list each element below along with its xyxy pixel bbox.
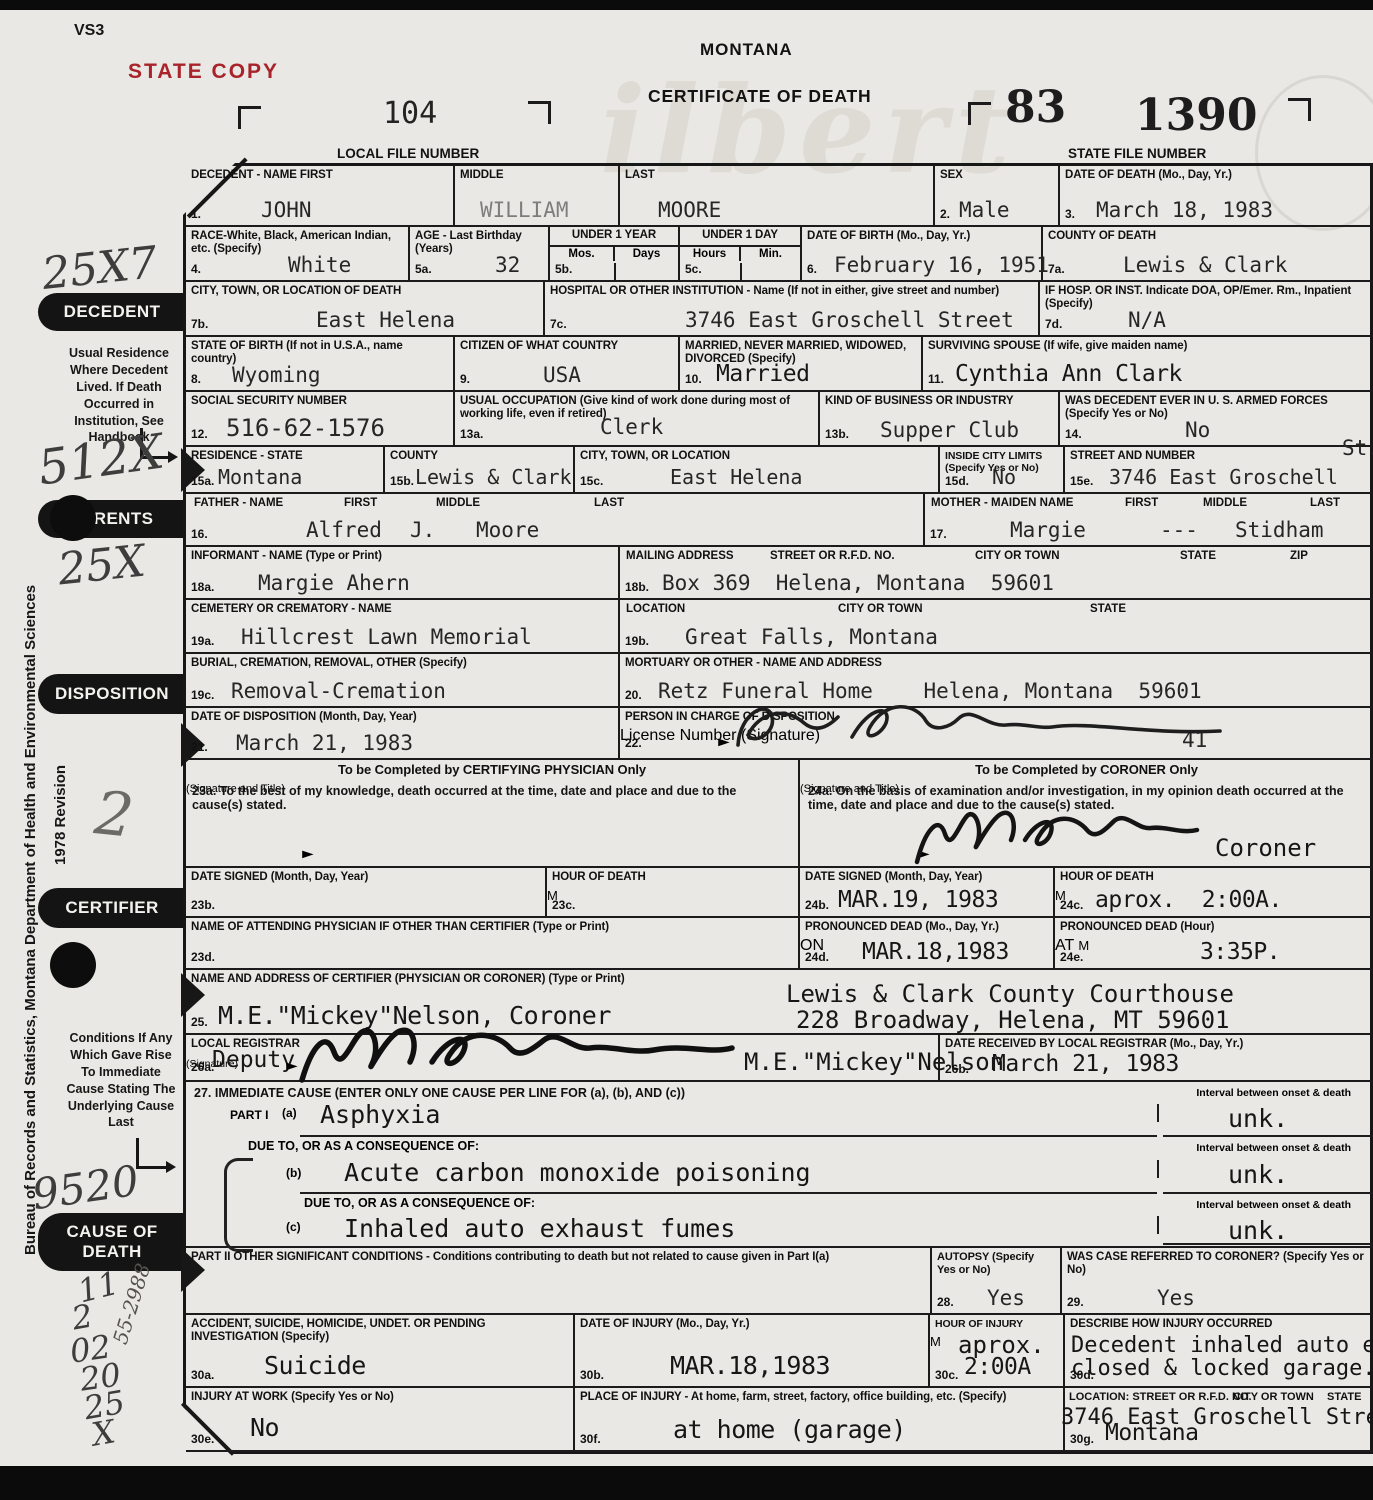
field-marital-status: MARRIED, NEVER MARRIED, WIDOWED, DIVORCE… xyxy=(680,337,923,392)
field-manner-of-death-30a: ACCIDENT, SUICIDE, HOMICIDE, UNDET. OR P… xyxy=(186,1315,575,1388)
field-residence-city: CITY, TOWN, OR LOCATION 15c. East Helena xyxy=(575,447,940,494)
field-business: KIND OF BUSINESS OR INDUSTRY 13b. Supper… xyxy=(820,392,1060,447)
field-street-number: STREET AND NUMBER 15e. 3746 East Grosche… xyxy=(1065,447,1373,494)
field-under-1-year: UNDER 1 YEAR Mos.Days 5b. xyxy=(550,227,680,282)
state-name: MONTANA xyxy=(700,40,793,60)
field-state-of-birth: STATE OF BIRTH (If not in U.S.A., name c… xyxy=(186,337,455,392)
cause-c-value: Inhaled auto exhaust fumes xyxy=(344,1214,735,1243)
injury-description-2: closed & locked garage. xyxy=(1071,1356,1373,1381)
agency-vertical-text: Bureau of Records and Statistics, Montan… xyxy=(22,390,39,1255)
signature-pointer-23: ▶ xyxy=(302,849,314,860)
interval-label-a: Interval between onset & death xyxy=(976,1087,1361,1099)
tab-disposition: DISPOSITION xyxy=(38,674,186,714)
field-pronounced-dead-date-24d: PRONOUNCED DEAD (Mo., Day, Yr.) 24d. ON … xyxy=(800,918,1055,970)
due-to-2: DUE TO, OR AS A CONSEQUENCE OF: xyxy=(304,1196,535,1210)
crop-mark-right xyxy=(528,101,551,124)
field-date-of-injury-30b: DATE OF INJURY (Mo., Day, Yr.) 30b. MAR.… xyxy=(575,1315,930,1388)
certifier-address-2: 228 Broadway, Helena, MT 59601 xyxy=(796,1006,1229,1034)
crop-mark-left-2 xyxy=(968,102,991,125)
crop-mark-left xyxy=(238,106,261,129)
state-file-prefix: 83 xyxy=(1005,82,1066,133)
cause-note-arrowhead xyxy=(166,1161,176,1173)
street-overflow-st: St. xyxy=(1342,436,1373,460)
field-mailing-address: MAILING ADDRESS STREET OR R.F.D. NO. CIT… xyxy=(620,547,1373,600)
signature-coroner xyxy=(905,800,1205,872)
field-cemetery-location: LOCATION CITY OR TOWN STATE 19b. Great F… xyxy=(620,600,1373,654)
form-code: VS3 xyxy=(74,22,104,40)
under1yr-months-label: Mos. xyxy=(550,247,615,261)
cause-b-underline xyxy=(300,1192,1157,1194)
field-informant: INFORMANT - NAME (Type or Print) 18a. Ma… xyxy=(186,547,620,600)
punch-hole-bottom xyxy=(50,942,96,988)
field-hour-of-injury-30c: HOUR OF INJURY aprox. 30c. 2:00A M xyxy=(930,1315,1065,1388)
field-race: RACE-White, Black, American Indian, etc.… xyxy=(186,227,410,282)
tab-cause-of-death: CAUSE OF DEATH xyxy=(38,1213,186,1271)
interval-a-value: unk. xyxy=(1228,1104,1288,1133)
local-file-number: 104 xyxy=(383,96,437,131)
state-copy-label: STATE COPY xyxy=(128,60,279,84)
cause-header: 27. IMMEDIATE CAUSE (ENTER ONLY ONE CAUS… xyxy=(194,1086,685,1100)
field-burial-type: BURIAL, CREMATION, REMOVAL, OTHER (Speci… xyxy=(186,654,620,708)
field-father-name: FATHER - NAME FIRST MIDDLE LAST 16. Alfr… xyxy=(186,494,925,547)
state-file-label: STATE FILE NUMBER xyxy=(1068,146,1206,161)
field-city-of-death: CITY, TOWN, OR LOCATION OF DEATH 7b. Eas… xyxy=(186,282,545,337)
field-pronounced-dead-hour-24e: PRONOUNCED DEAD (Hour) 24e. AT 3:35P. M xyxy=(1055,918,1373,970)
field-under-1-day: UNDER 1 DAY HoursMin. 5c. xyxy=(680,227,802,282)
cause-of-death-section: 27. IMMEDIATE CAUSE (ENTER ONLY ONE CAUS… xyxy=(186,1082,1373,1248)
handwritten-2: 2 xyxy=(91,778,136,852)
field-date-signed-23b: DATE SIGNED (Month, Day, Year) 23b. xyxy=(186,868,547,918)
cause-c-tag: (c) xyxy=(286,1220,301,1234)
due-to-1: DUE TO, OR AS A CONSEQUENCE OF: xyxy=(248,1139,479,1153)
interval-c-value: unk. xyxy=(1228,1216,1288,1245)
tab-decedent: DECEDENT xyxy=(38,293,186,331)
field-if-hospital: IF HOSP. OR INST. Indicate DOA, OP/Emer.… xyxy=(1040,282,1373,337)
field-citizen: CITIZEN OF WHAT COUNTRY 9. USA xyxy=(455,337,680,392)
interval-b-value: unk. xyxy=(1228,1160,1288,1189)
field-county-of-death: COUNTY OF DEATH 7a. Lewis & Clark xyxy=(1043,227,1373,282)
cause-a-value: Asphyxia xyxy=(320,1100,440,1129)
field-residence-county: COUNTY 15b. Lewis & Clark xyxy=(385,447,575,494)
under1day-hours-label: Hours xyxy=(680,247,741,261)
statement-23a: 23a. To the best of my knowledge, death … xyxy=(192,784,787,812)
field-hospital: HOSPITAL OR OTHER INSTITUTION - Name (If… xyxy=(545,282,1040,337)
field-armed-forces: WAS DECEDENT EVER IN U. S. ARMED FORCES … xyxy=(1060,392,1373,447)
field-referred-to-coroner-29: WAS CASE REFERRED TO CORONER? (Specify Y… xyxy=(1062,1248,1373,1315)
cause-a-tag: (a) xyxy=(282,1106,297,1120)
interval-label-c: Interval between onset & death xyxy=(976,1199,1361,1211)
field-mother-name: MOTHER - MAIDEN NAME FIRST MIDDLE LAST 1… xyxy=(925,494,1373,547)
field-cemetery: CEMETERY OR CREMATORY - NAME 19a. Hillcr… xyxy=(186,600,620,654)
coroner-title: Coroner xyxy=(1215,834,1316,862)
signature-person-in-charge xyxy=(720,693,1260,765)
field-age: AGE - Last Birthday (Years) 5a. 32 xyxy=(410,227,550,282)
under1day-min-label: Min. xyxy=(741,247,800,261)
field-date-of-disposition: DATE OF DISPOSITION (Month, Day, Year) 2… xyxy=(186,708,620,760)
tab-certifier: CERTIFIER xyxy=(38,888,186,928)
interval-tick-a xyxy=(1157,1104,1159,1122)
interval-tick-b xyxy=(1157,1160,1159,1178)
field-date-of-birth: DATE OF BIRTH (Mo., Day, Yr.) 6. Februar… xyxy=(802,227,1043,282)
field-date-of-death: DATE OF DEATH (Mo., Day, Yr.) 3. March 1… xyxy=(1060,166,1373,227)
field-describe-injury-30d: DESCRIBE HOW INJURY OCCURRED Decedent in… xyxy=(1065,1315,1373,1388)
residence-note-arrowhead xyxy=(168,451,178,463)
field-autopsy-28: AUTOPSY (Specify Yes or No) 28. Yes xyxy=(932,1248,1062,1315)
field-hour-of-death-24c: HOUR OF DEATH 24c. aprox. 2:00A. M xyxy=(1055,868,1373,918)
field-residence-state: RESIDENCE - STATE 15a. Montana xyxy=(186,447,385,494)
part1-label: PART I xyxy=(230,1108,268,1122)
interval-a-underline xyxy=(1163,1135,1373,1137)
field-surviving-spouse: SURVIVING SPOUSE (If wife, give maiden n… xyxy=(923,337,1373,392)
state-file-number: 1390 xyxy=(1135,90,1257,141)
handwritten-25x: 25X xyxy=(56,536,148,596)
field-sex: SEX 2. Male xyxy=(935,166,1060,227)
field-occupation: USUAL OCCUPATION (Give kind of work done… xyxy=(455,392,820,447)
field-date-received-26b: DATE RECEIVED BY LOCAL REGISTRAR (Mo., D… xyxy=(940,1035,1373,1082)
certifying-physician-block: To be Completed by CERTIFYING PHYSICIAN … xyxy=(186,760,800,868)
field-date-signed-24b: DATE SIGNED (Month, Day, Year) 24b. MAR.… xyxy=(800,868,1055,918)
meridiem-30c: M xyxy=(930,1334,941,1349)
field-injury-at-work-30e: INJURY AT WORK (Specify Yes or No) 30e. … xyxy=(186,1388,575,1452)
injury-description-1: Decedent inhaled auto exhaust fumes in xyxy=(1071,1333,1373,1358)
death-certificate-page: ilbert VS3 STATE COPY MONTANA CERTIFICAT… xyxy=(0,0,1373,1500)
field-name-middle: MIDDLE WILLIAM xyxy=(455,166,620,227)
field-injury-location-30g: LOCATION: STREET OR R.F.D. NO. CITY OR T… xyxy=(1065,1388,1373,1452)
cause-note-arrow-v xyxy=(136,1138,139,1168)
local-file-label: LOCAL FILE NUMBER xyxy=(337,146,479,161)
field-attending-physician-23d: NAME OF ATTENDING PHYSICIAN IF OTHER THA… xyxy=(186,918,800,970)
interval-label-b: Interval between onset & death xyxy=(976,1142,1361,1154)
signature-registrar xyxy=(290,1022,740,1088)
brace-part1 xyxy=(224,1158,253,1252)
cause-note-arrow-h xyxy=(136,1166,168,1169)
field-part2-conditions: PART II OTHER SIGNIFICANT CONDITIONS - C… xyxy=(186,1248,932,1315)
crop-mark-right-2 xyxy=(1288,98,1311,121)
field-name-first: DECEDENT - NAME FIRST 1. JOHN xyxy=(186,166,455,227)
cause-b-tag: (b) xyxy=(286,1166,301,1180)
field-ssn: SOCIAL SECURITY NUMBER 12. 516-62-1576 xyxy=(186,392,455,447)
interval-tick-c xyxy=(1157,1216,1159,1234)
cause-a-underline xyxy=(300,1135,1157,1137)
interval-b-underline xyxy=(1163,1192,1373,1194)
field-inside-city-limits: INSIDE CITY LIMITS (Specify Yes or No) 1… xyxy=(940,447,1065,494)
field-name-last: LAST MOORE xyxy=(620,166,935,227)
field-place-of-injury-30f: PLACE OF INJURY - At home, farm, street,… xyxy=(575,1388,1065,1452)
certifier-address-1: Lewis & Clark County Courthouse xyxy=(786,980,1234,1008)
registrar-deputy: Deputy xyxy=(212,1047,295,1073)
cause-b-value: Acute carbon monoxide poisoning xyxy=(344,1158,811,1187)
punch-hole-top xyxy=(50,495,96,541)
field-hour-of-death-23c: HOUR OF DEATH 23c. M xyxy=(547,868,800,918)
under1yr-days-label: Days xyxy=(615,247,678,261)
cause-note: Conditions If Any Which Gave Rise To Imm… xyxy=(62,1030,180,1131)
certificate-title: CERTIFICATE OF DEATH xyxy=(648,86,871,107)
interval-c-underline xyxy=(1163,1243,1373,1245)
